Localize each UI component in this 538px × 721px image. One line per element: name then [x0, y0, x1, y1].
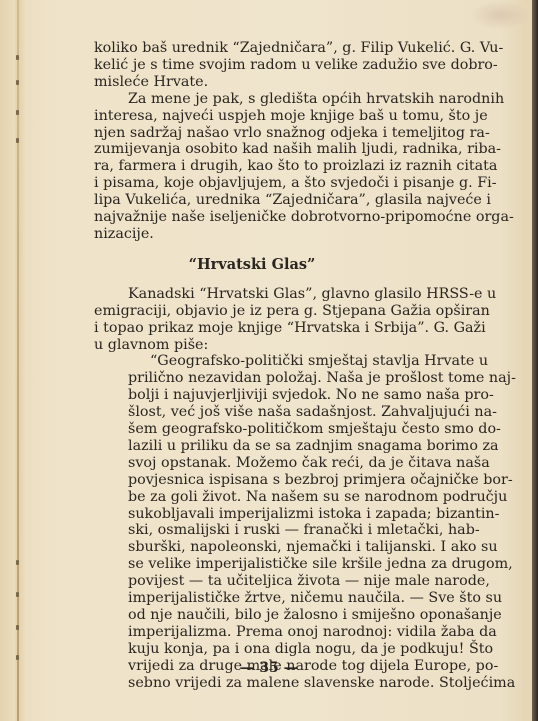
- paragraph-3: Kanadski “Hrvatski Glas”, glavno glasilo…: [94, 286, 410, 354]
- text-line: interesa, najveći uspjeh moje knjige baš…: [94, 108, 410, 125]
- binding-stitch: [16, 560, 19, 565]
- text-line: kuju konja, pa i ona digla nogu, da je p…: [128, 641, 410, 658]
- text-line: “Geografsko-politički smještaj stavlja H…: [128, 353, 410, 370]
- text-line: njen sadržaj našao vrlo snažnog odjeka i…: [94, 125, 410, 142]
- text-line: imperijalizma. Prema onoj narodnoj: vidi…: [128, 624, 410, 641]
- text-line: misleće Hrvate.: [94, 74, 410, 91]
- text-line: nizacije.: [94, 226, 410, 243]
- text-line: najvažnije naše iseljeničke dobrotvorno-…: [94, 209, 410, 226]
- text-line: bolji i najuvjerljiviji svjedok. No ne s…: [128, 387, 410, 404]
- binding-stitch: [16, 80, 19, 85]
- binding-stitch: [16, 55, 19, 60]
- text-line: šlost, već još više naša sadašnjost. Zah…: [128, 404, 410, 421]
- binding-gutter: [17, 0, 19, 721]
- text-line: be za goli život. Na našem su se narodno…: [128, 489, 410, 506]
- text-line: Za mene je pak, s gledišta općih hrvatsk…: [94, 91, 410, 108]
- text-line: se velike imperijalističke sile kršile j…: [128, 556, 410, 573]
- text-line: šem geografsko-političkom smještaju čest…: [128, 421, 410, 438]
- text-line: imperijalističke žrtve, ničemu naučila. …: [128, 590, 410, 607]
- text-line: povijest — ta učiteljica života — nije m…: [128, 573, 410, 590]
- paper-stain: [470, 0, 530, 30]
- text-line: i topao prikaz moje knjige “Hrvatska i S…: [94, 320, 410, 337]
- text-line: lazili u priliku da se sa zadnjim snagam…: [128, 438, 410, 455]
- text-line: lipa Vukelića, urednika “Zajedničara”, g…: [94, 192, 410, 209]
- binding-stitch: [16, 592, 19, 597]
- paragraph-2: Za mene je pak, s gledišta općih hrvatsk…: [94, 91, 410, 243]
- text-line: sburški, napoleonski, njemački i talijan…: [128, 539, 410, 556]
- block-quote: “Geografsko-politički smještaj stavlja H…: [128, 353, 410, 691]
- text-line: kelić je s time svojim radom u velike za…: [94, 57, 410, 74]
- binding-stitch: [16, 138, 19, 143]
- text-line: ski, osmalijski i ruski — franački i mle…: [128, 522, 410, 539]
- text-line: emigraciji, objavio je iz pera g. Stjepa…: [94, 303, 410, 320]
- paragraph-1: koliko baš urednik “Zajedničara”, g. Fil…: [94, 40, 410, 91]
- text-line: od nje naučili, bilo je žalosno i smiješ…: [128, 607, 410, 624]
- text-line: ra, farmera i drugih, kao što to proizla…: [94, 158, 410, 175]
- section-heading: “Hrvatski Glas”: [94, 257, 410, 274]
- body-text: koliko baš urednik “Zajedničara”, g. Fil…: [94, 40, 410, 692]
- page-edge-shadow: [532, 0, 538, 721]
- text-line: i pisama, koje objavljujem, a što svjedo…: [94, 175, 410, 192]
- binding-stitch: [16, 625, 19, 630]
- page-number: — 35 —: [0, 660, 538, 676]
- binding-stitch: [16, 110, 19, 115]
- text-line: sebno vrijedi za malene slavenske narode…: [128, 675, 410, 692]
- text-line: u glavnom piše:: [94, 337, 410, 354]
- text-line: sukobljavali imperijalizmi istoka i zapa…: [128, 506, 410, 523]
- text-line: svoj opstanak. Možemo čak reći, da je či…: [128, 455, 410, 472]
- text-line: koliko baš urednik “Zajedničara”, g. Fil…: [94, 40, 410, 57]
- text-line: Kanadski “Hrvatski Glas”, glavno glasilo…: [94, 286, 410, 303]
- text-line: povjesnica ispisana s bezbroj primjera o…: [128, 472, 410, 489]
- text-line: zumijevanja osobito kad naših malih ljud…: [94, 141, 410, 158]
- text-line: prilično nezavidan položaj. Naša je proš…: [128, 370, 410, 387]
